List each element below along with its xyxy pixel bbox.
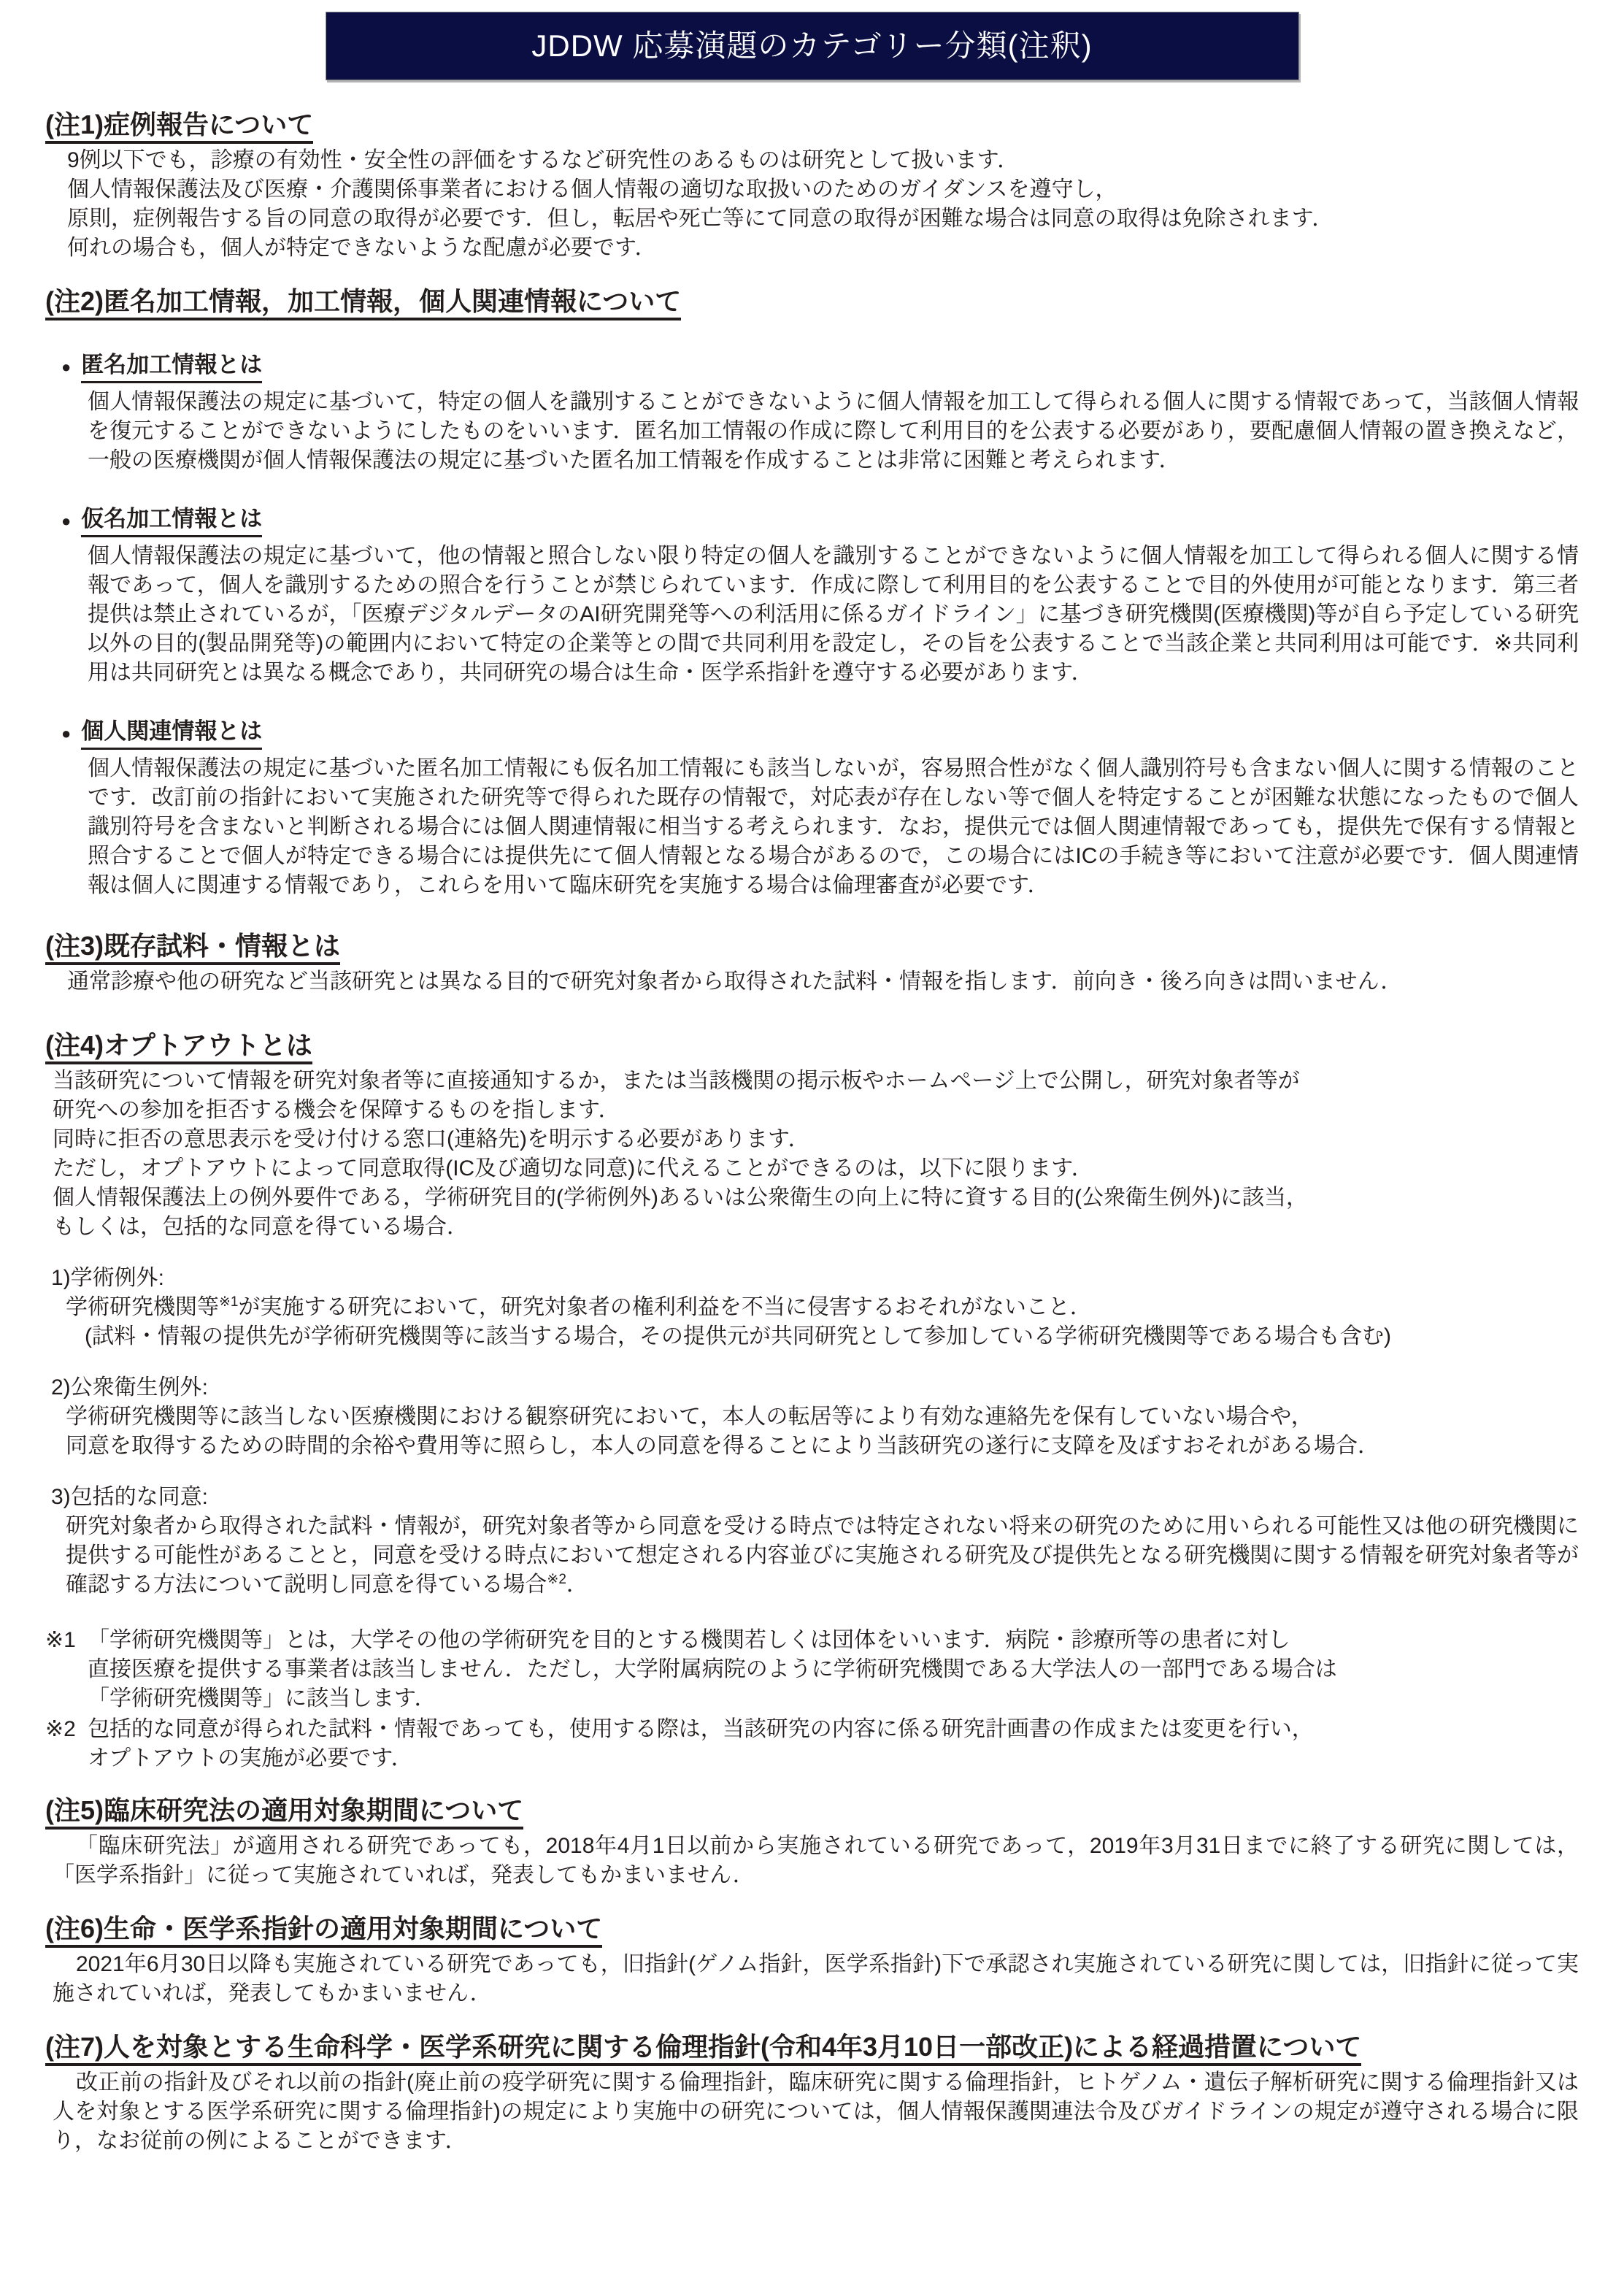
section-note4-heading: (注4)オプトアウトとは	[45, 1029, 1579, 1062]
text-line: 当該研究について情報を研究対象者等に直接通知するか，または当該機関の掲示板やホー…	[53, 1067, 1579, 1096]
section-note5-body: 「臨床研究法」が適用される研究であっても，2018年4月1日以前から実施されてい…	[45, 1832, 1579, 1890]
text-line: オプトアウトの実施が必要です．	[88, 1744, 1579, 1773]
section-note1-heading: (注1)症例報告について	[45, 108, 1579, 142]
text-line: 包括的な同意が得られた試料・情報であっても，使用する際は，当該研究の内容に係る研…	[88, 1715, 1579, 1744]
bullet-anonymized-info: ● 匿名加工情報とは 個人情報保護法の規定に基づいて，特定の個人を識別することが…	[45, 350, 1579, 475]
text-line: 「学術研究機関等」に該当します．	[88, 1684, 1579, 1713]
text-line: 何れの場合も，個人が特定できないような配慮が必要です．	[67, 234, 1579, 263]
text-line: 9例以下でも，診療の有効性・安全性の評価をするなど研究性のあるものは研究として扱…	[67, 146, 1579, 175]
section-note3: (注3)既存試料・情報とは 通常診療や他の研究など当該研究とは異なる目的で研究対…	[45, 929, 1579, 997]
text-line: 個人情報保護法及び医療・介護関係事業者における個人情報の適切な取扱いのためのガイ…	[67, 175, 1579, 204]
section-note7-heading: (注7)人を対象とする生命科学・医学系研究に関する倫理指針(令和4年3月10日一…	[45, 2030, 1579, 2064]
text-line: (試料・情報の提供先が学術研究機関等に該当する場合，その提供元が共同研究として参…	[66, 1322, 1579, 1351]
optout-item-comprehensive-consent: 3)包括的な同意: 研究対象者から取得された試料・情報が，研究対象者等から同意を…	[45, 1483, 1579, 1600]
bullet-personal-related-info: ● 個人関連情報とは 個人情報保護法の規定に基づいた匿名加工情報にも仮名加工情報…	[45, 717, 1579, 900]
footnote-marker: ※1	[45, 1626, 88, 1655]
bullet-body: 個人情報保護法の規定に基づいて，他の情報と照合しない限り特定の個人を識別すること…	[45, 542, 1579, 688]
title-bar: JDDW 応募演題のカテゴリー分類(注釈)	[326, 12, 1299, 80]
bullet-title: 仮名加工情報とは	[81, 504, 262, 537]
section-note6-body: 2021年6月30日以降も実施されている研究であっても，旧指針(ゲノム指針，医学…	[45, 1950, 1579, 2008]
bullet-icon: ●	[61, 507, 71, 536]
text-line: 同時に拒否の意思表示を受け付ける窓口(連絡先)を明示する必要があります．	[53, 1125, 1579, 1154]
bullet-pseudonymized-info: ● 仮名加工情報とは 個人情報保護法の規定に基づいて，他の情報と照合しない限り特…	[45, 504, 1579, 688]
section-note5: (注5)臨床研究法の適用対象期間について 「臨床研究法」が適用される研究であって…	[45, 1794, 1579, 1890]
section-note1-body: 9例以下でも，診療の有効性・安全性の評価をするなど研究性のあるものは研究として扱…	[45, 146, 1579, 263]
footnotes: ※1 「学術研究機関等」とは，大学その他の学術研究を目的とする機関若しくは団体を…	[45, 1626, 1579, 1773]
bullet-icon: ●	[61, 719, 71, 748]
text-line: 個人情報保護法上の例外要件である，学術研究目的(学術例外)あるいは公衆衛生の向上…	[53, 1183, 1579, 1213]
text-line: 直接医療を提供する事業者は該当しません．ただし，大学附属病院のように学術研究機関…	[88, 1655, 1579, 1684]
text-line: 同意を取得するための時間的余裕や費用等に照らし，本人の同意を得ることにより当該研…	[66, 1432, 1579, 1461]
item-label: 2)公衆衛生例外:	[45, 1373, 1579, 1402]
text-line: 研究への参加を拒否する機会を保障するものを指します．	[53, 1096, 1579, 1125]
optout-item-academic-exception: 1)学術例外: 学術研究機関等※1が実施する研究において，研究対象者の権利利益を…	[45, 1264, 1579, 1351]
section-note7: (注7)人を対象とする生命科学・医学系研究に関する倫理指針(令和4年3月10日一…	[45, 2030, 1579, 2156]
footnote-2: ※2 包括的な同意が得られた試料・情報であっても，使用する際は，当該研究の内容に…	[45, 1715, 1579, 1773]
section-note2: (注2)匿名加工情報，加工情報，個人関連情報について ● 匿名加工情報とは 個人…	[45, 285, 1579, 900]
section-note1: (注1)症例報告について 9例以下でも，診療の有効性・安全性の評価をするなど研究…	[45, 108, 1579, 263]
bullet-icon: ●	[61, 353, 71, 382]
optout-item-public-health-exception: 2)公衆衛生例外: 学術研究機関等に該当しない医療機関における観察研究において，…	[45, 1373, 1579, 1461]
text-line: 学術研究機関等に該当しない医療機関における観察研究において，本人の転居等により有…	[66, 1402, 1579, 1432]
footnote-ref-1: ※1	[219, 1294, 239, 1310]
text-line: ただし，オプトアウトによって同意取得(IC及び適切な同意)に代えることができるの…	[53, 1154, 1579, 1183]
text-line: 原則，症例報告する旨の同意の取得が必要です．但し，転居や死亡等にて同意の取得が困…	[67, 204, 1579, 234]
section-note6-heading: (注6)生命・医学系指針の適用対象期間について	[45, 1912, 1579, 1946]
bullet-body: 個人情報保護法の規定に基づいて，特定の個人を識別することができないように個人情報…	[45, 388, 1579, 475]
page-title: JDDW 応募演題のカテゴリー分類(注釈)	[531, 31, 1092, 61]
item-label: 1)学術例外:	[45, 1264, 1579, 1293]
footnote-ref-2: ※2	[547, 1572, 566, 1587]
section-note5-heading: (注5)臨床研究法の適用対象期間について	[45, 1794, 1579, 1827]
section-note4: (注4)オプトアウトとは 当該研究について情報を研究対象者等に直接通知するか，ま…	[45, 1029, 1579, 1773]
item-label: 3)包括的な同意:	[45, 1483, 1579, 1512]
text-paragraph: 研究対象者から取得された試料・情報が，研究対象者等から同意を受ける時点では特定さ…	[66, 1512, 1579, 1600]
section-note6: (注6)生命・医学系指針の適用対象期間について 2021年6月30日以降も実施さ…	[45, 1912, 1579, 2008]
bullet-title: 個人関連情報とは	[81, 717, 262, 750]
footnote-1: ※1 「学術研究機関等」とは，大学その他の学術研究を目的とする機関若しくは団体を…	[45, 1626, 1579, 1713]
text-line: 通常診療や他の研究など当該研究とは異なる目的で研究対象者から取得された試料・情報…	[67, 967, 1579, 997]
section-note4-body: 当該研究について情報を研究対象者等に直接通知するか，または当該機関の掲示板やホー…	[45, 1067, 1579, 1242]
section-note7-body: 改正前の指針及びそれ以前の指針(廃止前の疫学研究に関する倫理指針，臨床研究に関す…	[45, 2068, 1579, 2156]
footnote-marker: ※2	[45, 1715, 88, 1744]
text-line: 学術研究機関等※1が実施する研究において，研究対象者の権利利益を不当に侵害するお…	[66, 1293, 1579, 1322]
text-line: 「学術研究機関等」とは，大学その他の学術研究を目的とする機関若しくは団体をいいま…	[88, 1626, 1579, 1655]
section-note2-heading: (注2)匿名加工情報，加工情報，個人関連情報について	[45, 285, 1579, 318]
text-line: もしくは，包括的な同意を得ている場合．	[53, 1213, 1579, 1242]
bullet-title: 匿名加工情報とは	[81, 350, 262, 383]
bullet-body: 個人情報保護法の規定に基づいた匿名加工情報にも仮名加工情報にも該当しないが，容易…	[45, 754, 1579, 900]
section-note3-heading: (注3)既存試料・情報とは	[45, 929, 1579, 963]
section-note3-body: 通常診療や他の研究など当該研究とは異なる目的で研究対象者から取得された試料・情報…	[45, 967, 1579, 997]
document-page: JDDW 応募演題のカテゴリー分類(注釈) (注1)症例報告について 9例以下で…	[0, 0, 1624, 2269]
